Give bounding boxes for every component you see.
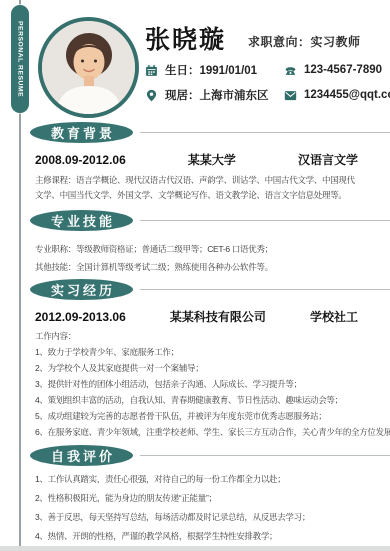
location-pin-icon bbox=[145, 89, 158, 102]
internship-company: 某某科技有限公司 bbox=[126, 308, 310, 325]
section-header-internship: 实习经历 bbox=[30, 279, 390, 300]
profile-photo bbox=[38, 17, 139, 118]
job-intent: 求职意向：实习教师 bbox=[248, 33, 361, 54]
calendar-icon bbox=[145, 64, 158, 77]
evaluation-line: 3、善于反思，每天坚持写总结，每场活动都及时记录总结，从反思去学习； bbox=[35, 511, 390, 523]
internship-badge: 实习经历 bbox=[30, 279, 133, 300]
section-rule bbox=[140, 220, 390, 221]
work-line: 2、为学校个人及其家庭提供一对一个案辅导； bbox=[35, 360, 390, 376]
evaluation-line: 4、热情、开朗的性格，严谨的教学风格，根据学生特性安排教学； bbox=[35, 530, 390, 542]
contact-email: 1234455@qqt.com bbox=[284, 87, 390, 103]
internship-summary-row: 2012.09-2013.06 某某科技有限公司 学校社工 bbox=[35, 308, 358, 325]
header: 张晓璇 求职意向：实习教师 bbox=[145, 26, 361, 54]
work-line: 6、在服务家庭、青少年领域，注重学校老师、学生、家长三方互动合作，关心青少年的全… bbox=[35, 424, 390, 440]
education-badge: 教育背景 bbox=[30, 122, 133, 143]
address-text: 现居：上海市浦东区 bbox=[165, 87, 269, 103]
work-line: 3、提供针对性的团体小组活动，包括亲子沟通、人际成长、学习提升等； bbox=[35, 376, 390, 392]
section-rule bbox=[140, 289, 390, 290]
skills-line: 专业职称：等级教师资格证；普通话二级甲等；CET-6 口语优秀； bbox=[35, 243, 390, 255]
evaluation-line: 1、工作认真踏实，责任心很强，对待自己的每一份工作都全力以赴； bbox=[35, 473, 390, 485]
page-bottom-edge bbox=[0, 546, 390, 551]
work-line: 4、策划组织丰富的活动，自我认知、青春期健康教育、节日性活动、趣味运动会等； bbox=[35, 392, 390, 408]
phone-icon bbox=[284, 64, 297, 77]
work-line: 工作内容： bbox=[35, 328, 390, 344]
section-header-skills: 专业技能 bbox=[30, 210, 390, 231]
section-rule bbox=[140, 132, 390, 133]
skills-line: 其他技能：全国计算机等级考试二级；熟练使用各种办公软件等。 bbox=[35, 261, 390, 273]
internship-date: 2012.09-2013.06 bbox=[35, 310, 126, 324]
education-courses: 主修课程：语言学概论、现代汉语古代汉语、声韵学、训诂学、中国古代文学、中国现代文… bbox=[35, 173, 360, 203]
avatar-illustration bbox=[42, 21, 135, 114]
phone-text: 123-4567-7890 bbox=[304, 64, 382, 76]
personal-resume-label: PERSONAL RESUME bbox=[17, 21, 24, 97]
education-summary-row: 2008.09-2012.06 某某大学 汉语言文学 bbox=[35, 151, 358, 168]
skills-list: 专业职称：等级教师资格证；普通话二级甲等；CET-6 口语优秀； 其他技能：全国… bbox=[0, 243, 390, 273]
internship-duties: 工作内容： 1、致力于学校青少年、家庭服务工作； 2、为学校个人及其家庭提供一对… bbox=[0, 328, 390, 440]
education-school: 某某大学 bbox=[126, 151, 298, 168]
email-text: 1234455@qqt.com bbox=[304, 89, 390, 101]
contact-birthday: 生日：1991/01/01 bbox=[145, 62, 278, 78]
birthday-text: 生日：1991/01/01 bbox=[165, 62, 257, 78]
evaluation-line: 2、性格积极阳光，能为身边的朋友传递“正能量”； bbox=[35, 492, 390, 504]
personal-resume-ribbon: PERSONAL RESUME bbox=[11, 5, 29, 113]
resume-sections: 教育背景 2008.09-2012.06 某某大学 汉语言文学 主修课程：语言学… bbox=[0, 122, 390, 542]
internship-position: 学校社工 bbox=[310, 308, 358, 325]
section-rule bbox=[140, 455, 390, 456]
education-major: 汉语言文学 bbox=[298, 151, 358, 168]
contact-info: 生日：1991/01/01 123-4567-7890 现居：上海市浦东区 12… bbox=[145, 62, 390, 103]
section-header-education: 教育背景 bbox=[30, 122, 390, 143]
candidate-name: 张晓璇 bbox=[145, 26, 226, 54]
education-date: 2008.09-2012.06 bbox=[35, 153, 126, 167]
contact-phone: 123-4567-7890 bbox=[284, 62, 390, 78]
mail-icon bbox=[284, 89, 297, 102]
evaluation-badge: 自我评价 bbox=[30, 445, 133, 466]
self-evaluation-list: 1、工作认真踏实，责任心很强，对待自己的每一份工作都全力以赴； 2、性格积极阳光… bbox=[0, 473, 390, 542]
work-line: 1、致力于学校青少年、家庭服务工作； bbox=[35, 344, 390, 360]
section-header-evaluation: 自我评价 bbox=[30, 445, 390, 466]
work-line: 5、成功组建较为完善的志愿者骨干队伍，并被评为年度东莞市优秀志愿服务站； bbox=[35, 408, 390, 424]
contact-address: 现居：上海市浦东区 bbox=[145, 87, 278, 103]
skills-badge: 专业技能 bbox=[30, 210, 133, 231]
